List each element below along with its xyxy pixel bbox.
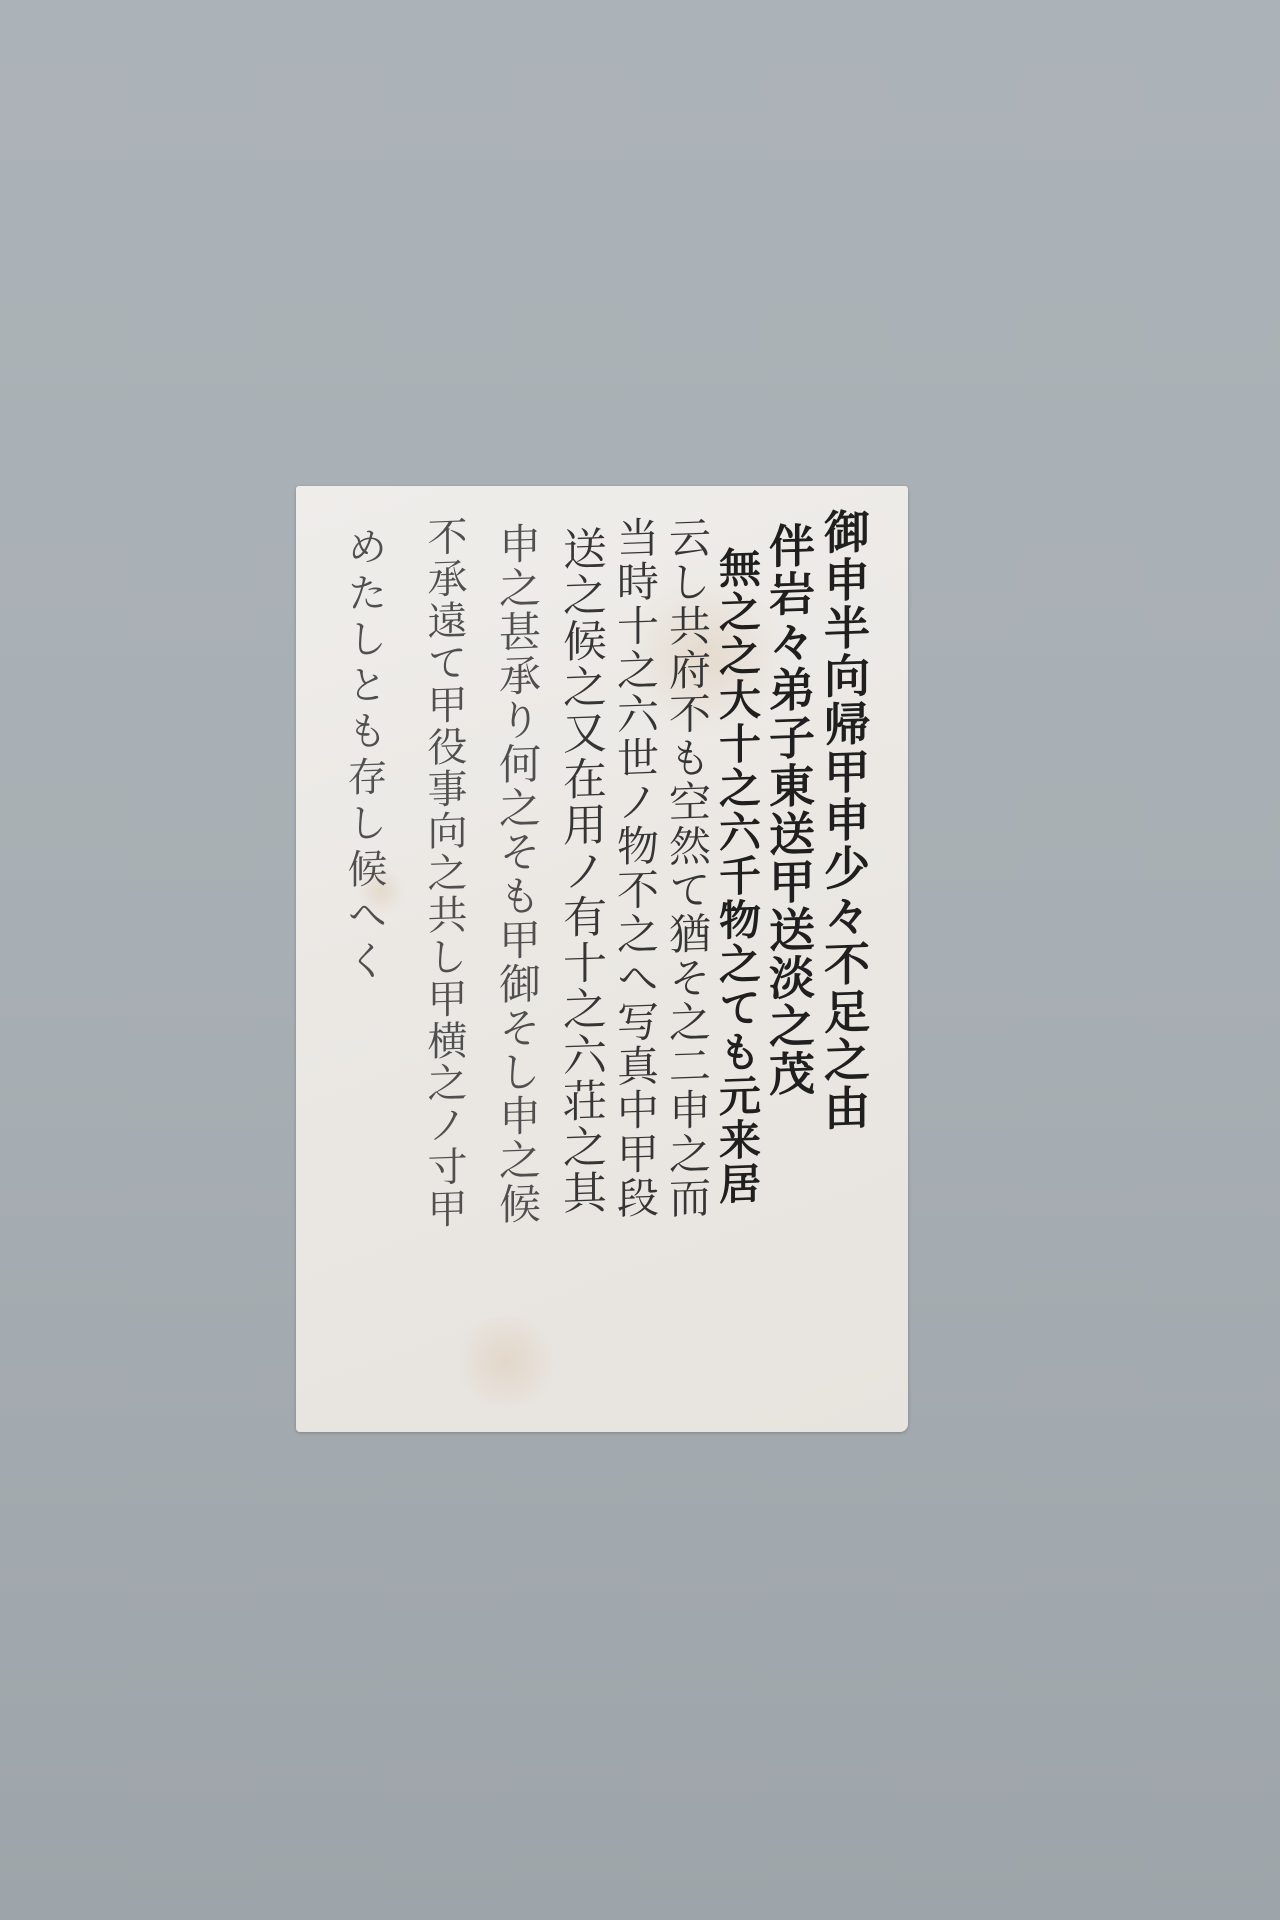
text-column-2: 伴岩々弟子東送甲送淡之茂 [766, 521, 812, 1099]
text-column-8: 不承遠て甲役事向之共し甲横之ノ寸甲 [424, 515, 464, 1230]
text-column-1: 御申半向帰甲申少々不足之由 [821, 507, 867, 1133]
text-column-4: 云し共府不も空然て猶そ之二申之而 [666, 515, 708, 1220]
text-column-3: 無之之大十之六千物之ても元来居 [716, 545, 758, 1206]
paper-stain [446, 1316, 566, 1406]
text-column-6: 送之候之又在用ノ有十之六荘之其 [558, 525, 602, 1217]
text-column-5: 当時十之六世ノ物不之へ写真中甲段 [614, 515, 656, 1220]
text-column-9: めたしとも存し候へく [344, 525, 384, 986]
text-column-7: 申之甚承り何之そも甲御そし申之候 [496, 521, 538, 1226]
postcard: 御申半向帰甲申少々不足之由 伴岩々弟子東送甲送淡之茂 無之之大十之六千物之ても元… [296, 486, 908, 1432]
